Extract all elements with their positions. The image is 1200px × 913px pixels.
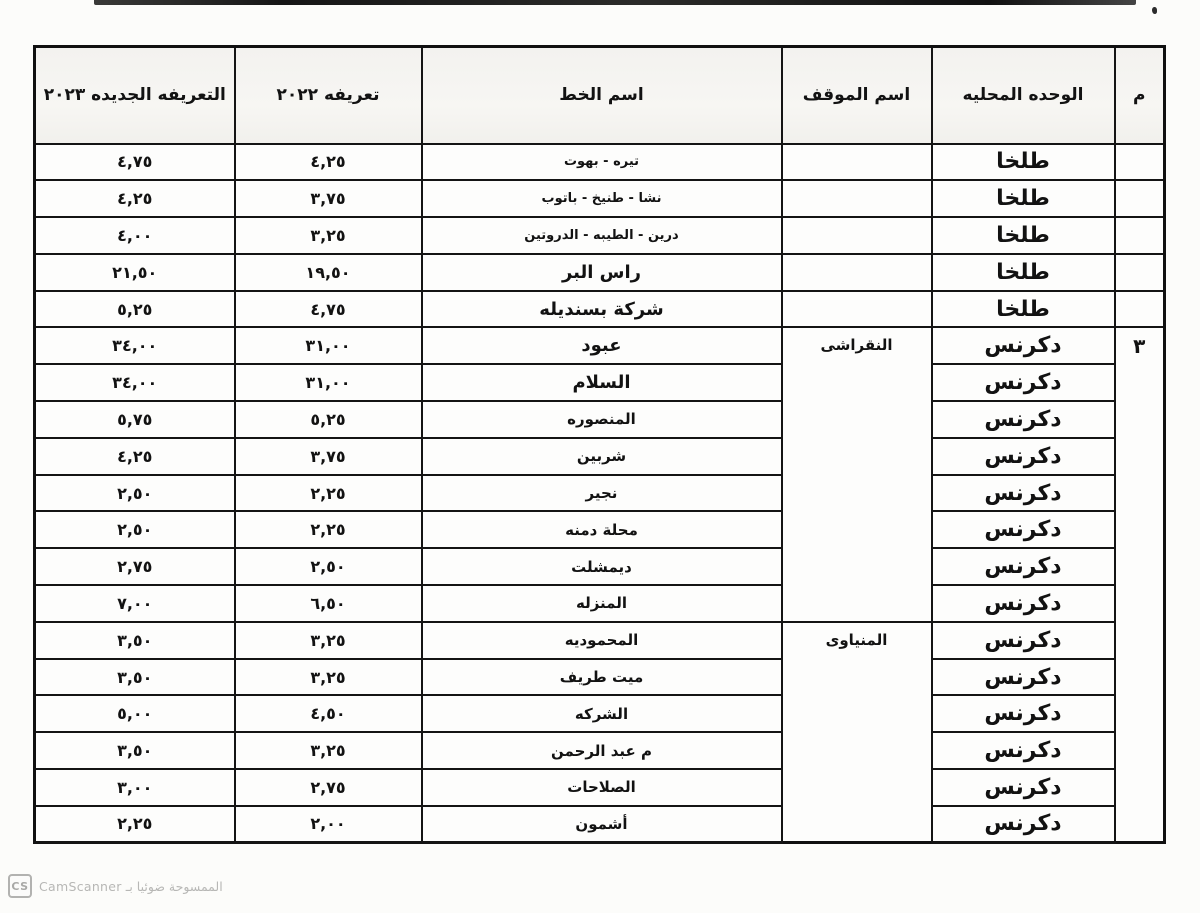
col-header-line: اسم الخط bbox=[422, 47, 782, 144]
line-name-cell: شربين bbox=[422, 438, 782, 475]
line-name-cell: درين - الطيبه - الدروتين bbox=[422, 217, 782, 254]
station-cell: النقراشى bbox=[782, 327, 932, 621]
local-unit-cell: دكرنس bbox=[932, 585, 1115, 622]
station-cell-empty bbox=[782, 180, 932, 217]
line-name-cell: الصلاحات bbox=[422, 769, 782, 806]
line-name-cell: محلة دمنه bbox=[422, 511, 782, 548]
local-unit-cell: دكرنس bbox=[932, 438, 1115, 475]
line-name-cell: تيره - بهوت bbox=[422, 144, 782, 181]
tariff-2022-cell: ٣,٧٥ bbox=[235, 438, 422, 475]
table-row: دكرنس شربين ٣,٧٥ ٤,٢٥ bbox=[35, 438, 1165, 475]
tariff-2022-cell: ٤,٥٠ bbox=[235, 695, 422, 732]
col-header-tariff-2022: تعريفه ٢٠٢٢ bbox=[235, 47, 422, 144]
tariff-2022-cell: ٣,٢٥ bbox=[235, 622, 422, 659]
table-row: دكرنس المنصوره ٥,٢٥ ٥,٧٥ bbox=[35, 401, 1165, 438]
tariff-2023-cell: ٣,٠٠ bbox=[35, 769, 235, 806]
col-header-index: م bbox=[1115, 47, 1165, 144]
local-unit-cell: دكرنس bbox=[932, 327, 1115, 364]
local-unit-cell: طلخا bbox=[932, 254, 1115, 291]
local-unit-cell: دكرنس bbox=[932, 364, 1115, 401]
station-cell: المنياوى bbox=[782, 622, 932, 843]
watermark-text: الممسوحة ضوئيا بـ CamScanner bbox=[39, 879, 223, 894]
line-name-cell: نجير bbox=[422, 475, 782, 512]
tariff-2023-cell: ٢,٥٠ bbox=[35, 511, 235, 548]
tariff-2023-cell: ٣٤,٠٠ bbox=[35, 327, 235, 364]
tariff-2022-cell: ٢,٧٥ bbox=[235, 769, 422, 806]
line-name-cell: نشا - طنيخ - باتوب bbox=[422, 180, 782, 217]
local-unit-cell: دكرنس bbox=[932, 659, 1115, 696]
tariff-2022-cell: ٤,٧٥ bbox=[235, 291, 422, 328]
tariff-2023-cell: ٤,٢٥ bbox=[35, 438, 235, 475]
table-row: ٣ دكرنس النقراشى عبود ٣١,٠٠ ٣٤,٠٠ bbox=[35, 327, 1165, 364]
table-row: دكرنس الشركه ٤,٥٠ ٥,٠٠ bbox=[35, 695, 1165, 732]
tariff-2023-cell: ٣٤,٠٠ bbox=[35, 364, 235, 401]
tariff-2022-cell: ١٩,٥٠ bbox=[235, 254, 422, 291]
tariff-2022-cell: ٣,٢٥ bbox=[235, 732, 422, 769]
tariff-2023-cell: ٧,٠٠ bbox=[35, 585, 235, 622]
table-row: طلخا نشا - طنيخ - باتوب ٣,٧٥ ٤,٢٥ bbox=[35, 180, 1165, 217]
table-row: طلخا درين - الطيبه - الدروتين ٣,٢٥ ٤,٠٠ bbox=[35, 217, 1165, 254]
station-cell-empty bbox=[782, 291, 932, 328]
table-row: دكرنس ميت طريف ٣,٢٥ ٣,٥٠ bbox=[35, 659, 1165, 696]
index-cell-empty bbox=[1115, 217, 1165, 254]
tariff-2023-cell: ٤,٠٠ bbox=[35, 217, 235, 254]
table-row: دكرنس السلام ٣١,٠٠ ٣٤,٠٠ bbox=[35, 364, 1165, 401]
line-name-cell: شركة بسنديله bbox=[422, 291, 782, 328]
tariff-2023-cell: ٢,٧٥ bbox=[35, 548, 235, 585]
line-name-cell: راس البر bbox=[422, 254, 782, 291]
tariff-2023-cell: ٥,٧٥ bbox=[35, 401, 235, 438]
tariff-2022-cell: ٣,٢٥ bbox=[235, 217, 422, 254]
index-cell-empty bbox=[1115, 180, 1165, 217]
local-unit-cell: دكرنس bbox=[932, 695, 1115, 732]
line-name-cell: ميت طريف bbox=[422, 659, 782, 696]
station-cell-empty bbox=[782, 217, 932, 254]
table-row: دكرنس المنزله ٦,٥٠ ٧,٠٠ bbox=[35, 585, 1165, 622]
tariff-2023-cell: ٥,٢٥ bbox=[35, 291, 235, 328]
tariff-2023-cell: ٣,٥٠ bbox=[35, 732, 235, 769]
table-row: دكرنس المنياوى المحموديه ٣,٢٥ ٣,٥٠ bbox=[35, 622, 1165, 659]
line-name-cell: المحموديه bbox=[422, 622, 782, 659]
tariff-2022-cell: ٣,٧٥ bbox=[235, 180, 422, 217]
header-row: م الوحده المحليه اسم الموقف اسم الخط تعر… bbox=[35, 47, 1165, 144]
scanned-document-page: م الوحده المحليه اسم الموقف اسم الخط تعر… bbox=[0, 0, 1200, 913]
local-unit-cell: دكرنس bbox=[932, 806, 1115, 843]
tariff-2023-cell: ٣,٥٠ bbox=[35, 622, 235, 659]
local-unit-cell: طلخا bbox=[932, 144, 1115, 181]
col-header-tariff-2023: التعريفه الجديده ٢٠٢٣ bbox=[35, 47, 235, 144]
tariff-2022-cell: ٤,٢٥ bbox=[235, 144, 422, 181]
table-row: دكرنس الصلاحات ٢,٧٥ ٣,٠٠ bbox=[35, 769, 1165, 806]
tariff-2023-cell: ٢١,٥٠ bbox=[35, 254, 235, 291]
local-unit-cell: دكرنس bbox=[932, 511, 1115, 548]
col-header-station: اسم الموقف bbox=[782, 47, 932, 144]
scan-edge-artifact bbox=[94, 0, 1136, 5]
table-row: طلخا راس البر ١٩,٥٠ ٢١,٥٠ bbox=[35, 254, 1165, 291]
index-cell-empty bbox=[1115, 291, 1165, 328]
tariff-2022-cell: ٦,٥٠ bbox=[235, 585, 422, 622]
tariff-2022-cell: ٣١,٠٠ bbox=[235, 327, 422, 364]
local-unit-cell: طلخا bbox=[932, 291, 1115, 328]
col-header-local-unit: الوحده المحليه bbox=[932, 47, 1115, 144]
tariff-2023-cell: ٤,٧٥ bbox=[35, 144, 235, 181]
table-row: طلخا شركة بسنديله ٤,٧٥ ٥,٢٥ bbox=[35, 291, 1165, 328]
camscanner-watermark: CS الممسوحة ضوئيا بـ CamScanner bbox=[8, 874, 223, 898]
local-unit-cell: طلخا bbox=[932, 217, 1115, 254]
tariff-2022-cell: ٣,٢٥ bbox=[235, 659, 422, 696]
local-unit-cell: دكرنس bbox=[932, 548, 1115, 585]
line-name-cell: السلام bbox=[422, 364, 782, 401]
station-cell-empty bbox=[782, 254, 932, 291]
tariff-2022-cell: ٣١,٠٠ bbox=[235, 364, 422, 401]
camscanner-icon: CS bbox=[8, 874, 32, 898]
index-cell-empty bbox=[1115, 254, 1165, 291]
local-unit-cell: طلخا bbox=[932, 180, 1115, 217]
tariff-2022-cell: ٢,٢٥ bbox=[235, 511, 422, 548]
tariff-2023-cell: ٤,٢٥ bbox=[35, 180, 235, 217]
tariff-2022-cell: ٥,٢٥ bbox=[235, 401, 422, 438]
line-name-cell: م عبد الرحمن bbox=[422, 732, 782, 769]
station-cell-empty bbox=[782, 144, 932, 181]
table-row: دكرنس أشمون ٢,٠٠ ٢,٢٥ bbox=[35, 806, 1165, 843]
tariff-2022-cell: ٢,٠٠ bbox=[235, 806, 422, 843]
local-unit-cell: دكرنس bbox=[932, 622, 1115, 659]
line-name-cell: الشركه bbox=[422, 695, 782, 732]
table-row: طلخا تيره - بهوت ٤,٢٥ ٤,٧٥ bbox=[35, 144, 1165, 181]
tariff-2022-cell: ٢,٢٥ bbox=[235, 475, 422, 512]
local-unit-cell: دكرنس bbox=[932, 475, 1115, 512]
tariff-2023-cell: ٢,٢٥ bbox=[35, 806, 235, 843]
tariff-2022-cell: ٢,٥٠ bbox=[235, 548, 422, 585]
tariff-2023-cell: ٢,٥٠ bbox=[35, 475, 235, 512]
index-cell-empty bbox=[1115, 144, 1165, 181]
line-name-cell: المنصوره bbox=[422, 401, 782, 438]
line-name-cell: أشمون bbox=[422, 806, 782, 843]
section-index-cell: ٣ bbox=[1115, 327, 1165, 842]
tariff-2023-cell: ٥,٠٠ bbox=[35, 695, 235, 732]
tariff-table: م الوحده المحليه اسم الموقف اسم الخط تعر… bbox=[33, 45, 1166, 844]
line-name-cell: ديمشلت bbox=[422, 548, 782, 585]
line-name-cell: عبود bbox=[422, 327, 782, 364]
table-row: دكرنس محلة دمنه ٢,٢٥ ٢,٥٠ bbox=[35, 511, 1165, 548]
local-unit-cell: دكرنس bbox=[932, 769, 1115, 806]
table-row: دكرنس نجير ٢,٢٥ ٢,٥٠ bbox=[35, 475, 1165, 512]
table-row: دكرنس ديمشلت ٢,٥٠ ٢,٧٥ bbox=[35, 548, 1165, 585]
scan-speck-artifact bbox=[1152, 7, 1157, 14]
local-unit-cell: دكرنس bbox=[932, 401, 1115, 438]
line-name-cell: المنزله bbox=[422, 585, 782, 622]
tariff-2023-cell: ٣,٥٠ bbox=[35, 659, 235, 696]
local-unit-cell: دكرنس bbox=[932, 732, 1115, 769]
table-row: دكرنس م عبد الرحمن ٣,٢٥ ٣,٥٠ bbox=[35, 732, 1165, 769]
